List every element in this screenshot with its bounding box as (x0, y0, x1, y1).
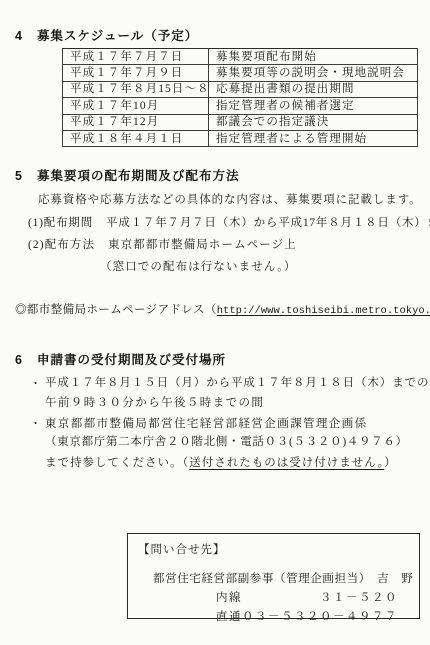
reception-place-line1: 東京都都市整備局都営住宅経営部経営企画課管理企画係 (45, 415, 368, 431)
schedule-event: 都議会での指定議決 (209, 114, 418, 130)
schedule-table: 平成１７年７月７日 募集要項配布開始 平成１７年７月９日 募集要項等の説明会・現… (62, 48, 418, 147)
direct-phone-row: 直通 ０３－５３２０－４９７７ (216, 608, 398, 624)
homepage-url: http://www.toshiseibi.metro.tokyo.jp (217, 305, 430, 317)
schedule-event: 募集要項配布開始 (209, 49, 418, 65)
homepage-address-line: ◎都市整備局ホームページアドレス（http://www.toshiseibi.m… (15, 301, 430, 317)
section5-heading: 5募集要項の配布期間及び配布方法 (15, 166, 239, 184)
schedule-event: 応募提出書類の提出期間 (209, 81, 418, 97)
distribution-period-line: (1)配布期間平成１７年７月７日（木）から平成17年８月１８日（木）まで (28, 214, 430, 230)
section5-number: 5 (15, 169, 23, 183)
distribution-method-line: (2)配布方法東京都都市整備局ホームページ上 (28, 236, 297, 252)
table-row: 平成１８年４月１日 指定管理者による管理開始 (63, 130, 418, 146)
distribution-method-value: 東京都都市整備局ホームページ上 (108, 239, 297, 251)
distribution-period-value: 平成１７年７月７日（木）から平成17年８月１８日（木）まで (106, 217, 430, 229)
extension-label: 内線 (216, 589, 242, 605)
table-row: 平成１７年８月15日～８月18日 応募提出書類の提出期間 (63, 81, 418, 97)
bullet-marker: ・ (30, 415, 41, 431)
section4-title: 募集スケジュール（予定） (37, 29, 198, 43)
extension-phone-row: 内線 ３１－５２０ (216, 589, 398, 605)
table-row: 平成１７年12月 都議会での指定議決 (63, 114, 418, 130)
direct-number: ０３－５３２０－４９７７ (242, 608, 398, 624)
contact-info-box: 【問い合せ先】 都営住宅経営部副参事（管理企画担当） 吉 野 内線 ３１－５２０… (127, 533, 420, 619)
section6-title: 申請書の受付期間及び受付場所 (37, 353, 226, 367)
section4-number: 4 (15, 29, 23, 43)
document-page: 4募集スケジュール（予定） 平成１７年７月７日 募集要項配布開始 平成１７年７月… (0, 0, 430, 645)
bring-in-text-suffix: ） (384, 457, 397, 469)
schedule-date: 平成１８年４月１日 (63, 130, 209, 146)
section5-title: 募集要項の配布期間及び配布方法 (37, 169, 240, 183)
distribution-period-label: (1)配布期間 (28, 214, 93, 230)
reception-period-line2: 午前９時３０分から午後５時までの間 (45, 394, 264, 410)
schedule-event: 募集要項等の説明会・現地説明会 (209, 65, 418, 81)
schedule-date: 平成１７年８月15日～８月18日 (63, 81, 209, 97)
table-row: 平成１７年７月７日 募集要項配布開始 (63, 49, 418, 65)
homepage-address-prefix: ◎都市整備局ホームページアドレス（ (15, 304, 217, 316)
section4-heading: 4募集スケジュール（予定） (15, 26, 198, 44)
schedule-event: 指定管理者の候補者選定 (209, 98, 418, 114)
schedule-event: 指定管理者による管理開始 (209, 130, 418, 146)
section6-heading: 6申請書の受付期間及び受付場所 (15, 350, 226, 368)
bring-in-text: まで持参してください。（ (45, 457, 189, 469)
reception-place-line2: （東京都庁第二本庁舎２０階北側・電話０３(５３２０)４９７６） (45, 433, 408, 449)
section5-intro-text: 応募資格や応募方法などの具体的な内容は、募集要項に記載します。 (38, 191, 421, 207)
bullet-marker: ・ (30, 375, 41, 391)
contact-person: 都営住宅経営部副参事（管理企画担当） 吉 野 (153, 570, 419, 586)
reception-place-line3: まで持参してください。（送付されたものは受け付けません。） (45, 454, 397, 470)
schedule-date: 平成１７年７月９日 (63, 65, 209, 81)
contact-box-title: 【問い合せ先】 (138, 541, 419, 557)
direct-label: 直通 (216, 608, 242, 624)
schedule-date: 平成１７年10月 (63, 98, 209, 114)
table-row: 平成１７年７月９日 募集要項等の説明会・現地説明会 (63, 65, 418, 81)
schedule-date: 平成１７年12月 (63, 114, 209, 130)
reception-period-line1: 平成１７年８月１５日（月）から平成１７年８月１８日（木）までの (45, 374, 429, 390)
no-counter-distribution-note: （窓口での配布は行ないません。） (100, 258, 297, 274)
no-mail-accepted-underline: 送付されたものは受け付けません。 (189, 457, 384, 469)
section6-number: 6 (15, 353, 23, 367)
schedule-date: 平成１７年７月７日 (63, 49, 209, 65)
table-row: 平成１７年10月 指定管理者の候補者選定 (63, 98, 418, 114)
distribution-method-label: (2)配布方法 (28, 236, 95, 252)
extension-number: ３１－５２０ (320, 589, 398, 605)
